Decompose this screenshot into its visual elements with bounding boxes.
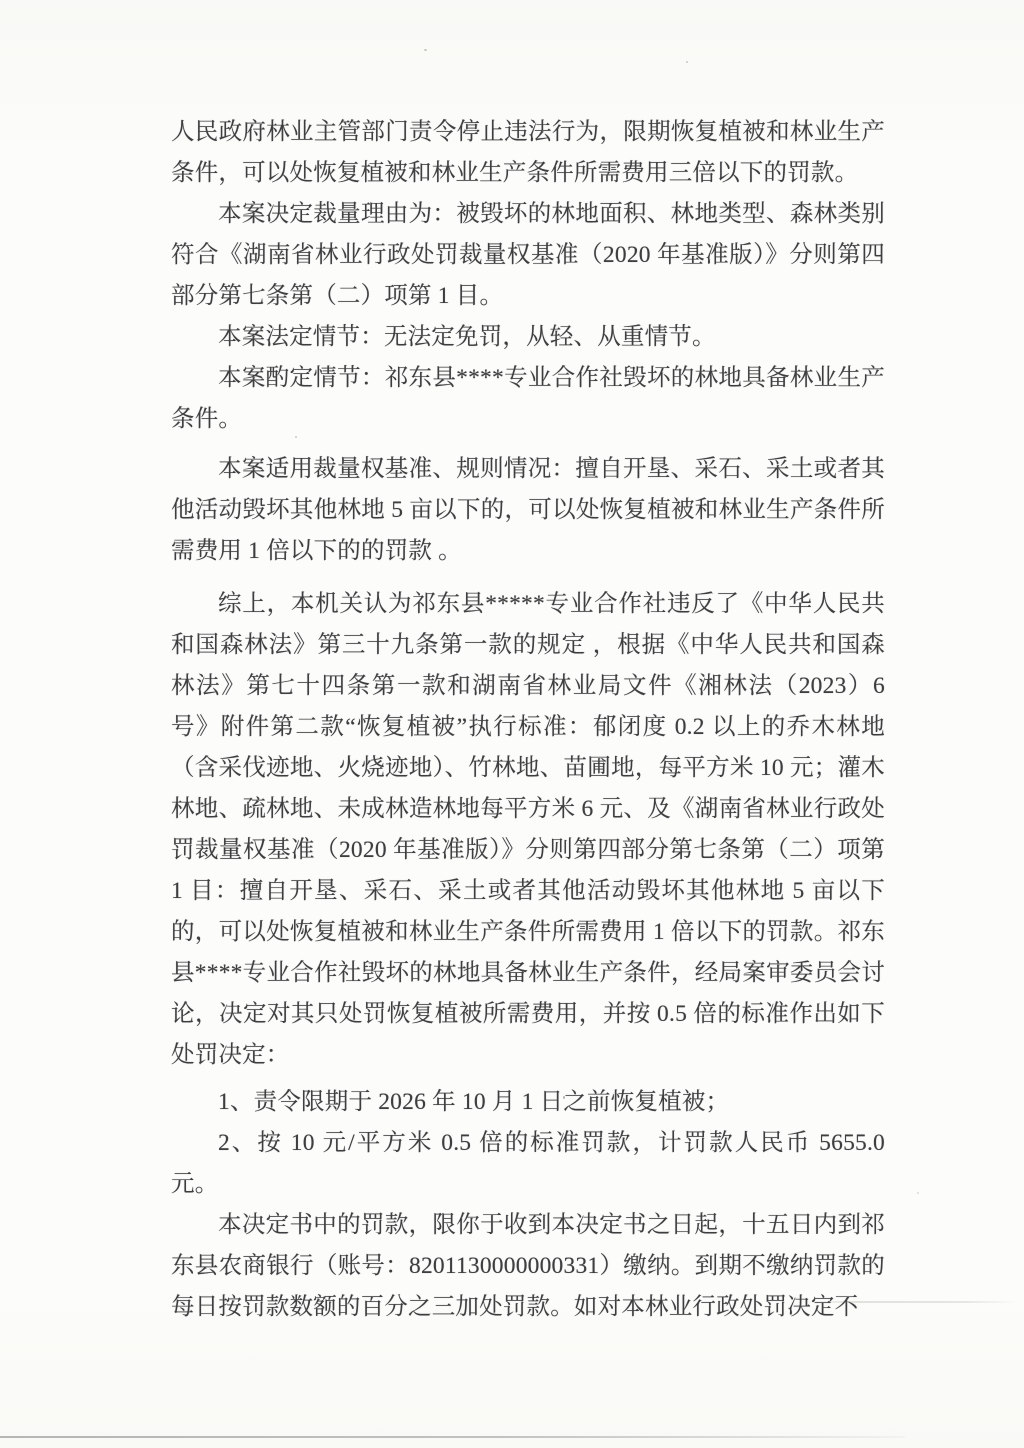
scan-speck [686, 61, 688, 63]
paragraph-discretionary-circumstances: 本案酌定情节：祁东县****专业合作社毁坏的林地具备林业生产条件。 [171, 358, 885, 440]
scan-speck [424, 49, 427, 51]
scan-artifact-line [0, 1436, 905, 1438]
paragraph-applicable-benchmark: 本案适用裁量权基准、规则情况：擅自开垦、采石、采土或者其他活动毁坏其他林地 5 … [171, 449, 885, 572]
paragraph-ruling-discretion-reason: 本案决定裁量理由为：被毁坏的林地面积、林地类型、森林类别符合《湖南省林业行政处罚… [171, 194, 885, 317]
paragraph-continuation: 人民政府林业主管部门责令停止违法行为，限期恢复植被和林业生产条件，可以处恢复植被… [171, 112, 885, 194]
document-body: 人民政府林业主管部门责令停止违法行为，限期恢复植被和林业生产条件，可以处恢复植被… [171, 112, 885, 1328]
paragraph-payment-instructions: 本决定书中的罚款，限你于收到本决定书之日起，十五日内到祁东县农商银行（账号：82… [171, 1205, 885, 1328]
paragraph-decision-item-2: 2、按 10 元/平方米 0.5 倍的标准罚款，计罚款人民币 5655.0 元。 [171, 1123, 885, 1205]
scan-speck [917, 1192, 919, 1194]
paragraph-statutory-circumstances: 本案法定情节：无法定免罚，从轻、从重情节。 [171, 317, 885, 358]
paragraph-decision-item-1: 1、责令限期于 2026 年 10 月 1 日之前恢复植被； [171, 1082, 885, 1123]
scanned-document-page: 人民政府林业主管部门责令停止违法行为，限期恢复植被和林业生产条件，可以处恢复植被… [0, 0, 1024, 1448]
paragraph-conclusion-legal-basis: 综上，本机关认为祁东县*****专业合作社违反了《中华人民共和国森林法》第三十九… [171, 584, 885, 1076]
